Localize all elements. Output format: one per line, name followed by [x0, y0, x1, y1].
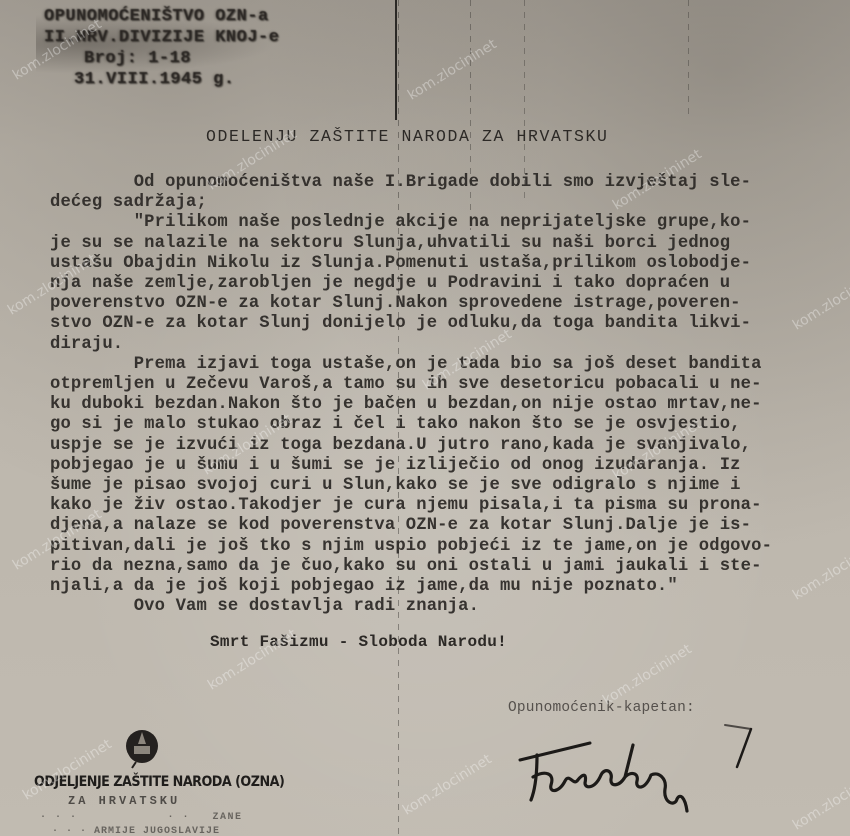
body-line: go si je malo stukao obraz i čel i tako …: [50, 415, 840, 435]
letter-body: Od opunomoćeništva naše I.Brigade dobili…: [50, 173, 840, 617]
body-line: djena,a nalaze se kod poverenstva OZN-e …: [50, 516, 840, 536]
body-line: stvo OZN-e za kotar Slunj donijelo je od…: [50, 314, 840, 334]
body-line: nja naše zemlje,zarobljen je negdje u Po…: [50, 274, 840, 294]
recipient-heading: ODELENJU ZAŠTITE NARODA ZA HRVATSKU: [206, 127, 609, 146]
watermark: kom.zlocininet: [600, 641, 694, 708]
body-line: ustašu Obajdin Nikolu iz Slunja.Pomenuti…: [50, 254, 840, 274]
state-emblem-icon: [122, 726, 162, 770]
body-line: kako je živ ostao.Takodjer je cura njemu…: [50, 496, 840, 516]
body-line: Ovo Vam se dostavlja radi znanja.: [50, 597, 840, 617]
watermark: kom.zlocininet: [405, 36, 499, 103]
body-line: pobjegao je u šumu i u šumi se je izlije…: [50, 456, 840, 476]
stamp-line1: ODJELJENJE ZAŠTITE NARODA (OZNA): [34, 774, 284, 790]
header-stamp-line1: OPUNOMOĆENIŠTVO OZN-a: [44, 6, 279, 27]
stamp-line3: · · · · · ZANE: [40, 812, 243, 823]
body-line: "Prilikom naše poslednje akcije na nepri…: [50, 213, 840, 233]
body-line: otpremljen u Zečevu Varoš,a tamo su ih s…: [50, 375, 840, 395]
body-line: šume je pisao svojoj curi u Slun,kako se…: [50, 476, 840, 496]
ozna-stamp: ODJELJENJE ZAŠTITE NARODA (OZNA) ZA HRVA…: [30, 722, 280, 836]
stamp-line4: · · · ARMIJE JUGOSLAVIJE: [52, 826, 220, 836]
body-line: Od opunomoćeništva naše I.Brigade dobili…: [50, 173, 840, 193]
signature-scribble: [515, 715, 775, 815]
body-line: njali,a da je još koji pobjegao iz jame,…: [50, 577, 840, 597]
watermark: kom.zlocininet: [400, 751, 494, 818]
signatory-title: Opunomoćenik-kapetan:: [508, 700, 695, 716]
body-line: je su se nalazile na sektoru Slunja,uhva…: [50, 234, 840, 254]
body-line: pitivan,dali je još tko s njim uspio pob…: [50, 537, 840, 557]
body-line: rio da nezna,samo da je čuo,kako su oni …: [50, 557, 840, 577]
fold-line: [524, 0, 525, 200]
body-line: uspje se je izvući iz toga bezdana.U jut…: [50, 436, 840, 456]
body-line: ku duboki bezdan.Nakon što je bačen u be…: [50, 395, 840, 415]
body-line: poverenstvo OZN-e za kotar Slunj.Nakon s…: [50, 294, 840, 314]
header-stamp-line3: Broj: 1-18: [44, 48, 279, 69]
body-line: Prema izjavi toga ustaše,on je tada bio …: [50, 355, 840, 375]
margin-rule: [395, 0, 397, 120]
header-stamp-line2: II.HRV.DIVIZIJE KNOJ-e: [44, 27, 279, 48]
fold-line: [688, 0, 689, 120]
closing-slogan: Smrt Fašizmu - Sloboda Narodu!: [210, 633, 507, 651]
stamp-line2: ZA HRVATSKU: [68, 794, 180, 808]
document-page: OPUNOMOĆENIŠTVO OZN-a II.HRV.DIVIZIJE KN…: [0, 0, 850, 836]
body-line: diraju.: [50, 335, 840, 355]
header-stamp: OPUNOMOĆENIŠTVO OZN-a II.HRV.DIVIZIJE KN…: [44, 6, 279, 90]
header-stamp-date: 31.VIII.1945 g.: [44, 69, 279, 90]
watermark: kom.zlocininet: [790, 766, 850, 833]
body-line: dećeg sadržaja;: [50, 193, 840, 213]
